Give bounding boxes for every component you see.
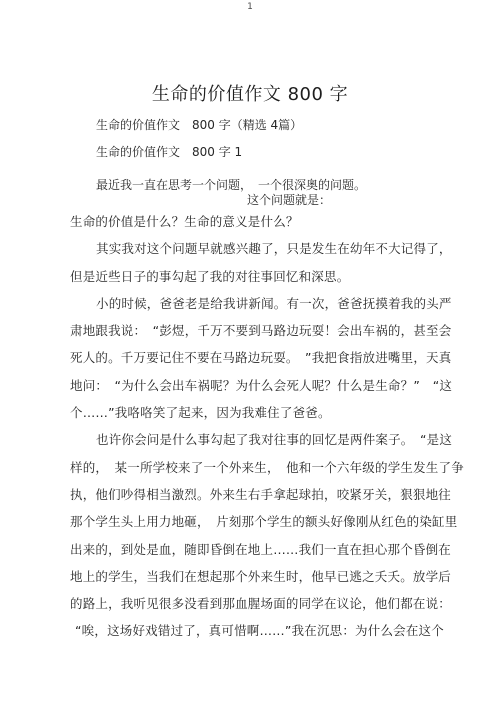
text-line: 执，他们吵得相当激烈。外来生右手拿起球拍，咬紧牙关，狠狠地往 bbox=[70, 481, 500, 508]
text-line: 肃地跟我说： “彭煜，千万不要到马路边玩耍！会出车祸的，甚至会 bbox=[70, 317, 500, 344]
text-line: 这个问题就是： bbox=[70, 193, 500, 208]
text-line: 也许你会问是什么事勾起了我对往事的回忆是两件案子。 “是这 bbox=[70, 426, 500, 453]
document-title: 生命的价值作文 800 字 bbox=[0, 80, 500, 106]
text-line: “唉，这场好戏错过了，真可惜啊……”我在沉思：为什么会在这个 bbox=[70, 617, 500, 644]
text-line: 的路上，我听见很多没看到那血腥场面的同学在议论，他们都在说： bbox=[70, 590, 500, 617]
text-line: 地上的学生，当我们在想起那个外来生时，他早已逃之夭夭。放学后 bbox=[70, 563, 500, 590]
text-line: 那个学生头上用力地砸， 片刻那个学生的额头好像刚从红色的染缸里 bbox=[70, 508, 500, 535]
text-line: 最近我一直在思考一个问题， 一个很深奥的问题。 bbox=[70, 178, 500, 193]
text-line: 其实我对这个问题早就感兴趣了，只是发生在幼年不大记得了， bbox=[70, 235, 500, 262]
text-line: 生命的价值作文 800 字（精选 4篇） bbox=[70, 112, 500, 139]
page-number: 1 bbox=[0, 2, 500, 12]
text-line: 个……”我咯咯笑了起来，因为我难住了爸爸。 bbox=[70, 399, 500, 426]
text-line: 地问： “为什么会出车祸呢？为什么会死人呢？什么是生命？” “这 bbox=[70, 372, 500, 399]
text-line: 生命的价值作文 800 字 1 bbox=[70, 139, 500, 166]
text-line: 生命的价值是什么？生命的意义是什么？ bbox=[70, 208, 500, 235]
document-body: 生命的价值作文 800 字（精选 4篇） 生命的价值作文 800 字 1 最近我… bbox=[70, 112, 500, 645]
text-line: 小的时候，爸爸老是给我讲新闻。有一次，爸爸抚摸着我的头严 bbox=[70, 290, 500, 317]
text-line: 出来的，到处是血，随即昏倒在地上……我们一直在担心那个昏倒在 bbox=[70, 536, 500, 563]
text-line: 死人的。千万要记住不要在马路边玩耍。 ”我把食指放进嘴里，天真 bbox=[70, 344, 500, 371]
text-line: 但是近些日子的事勾起了我的对往事回忆和深思。 bbox=[70, 263, 500, 290]
document-page: 1 生命的价值作文 800 字 生命的价值作文 800 字（精选 4篇） 生命的… bbox=[0, 0, 500, 708]
text-line: 样的， 某一所学校来了一个外来生， 他和一个六年级的学生发生了争 bbox=[70, 454, 500, 481]
